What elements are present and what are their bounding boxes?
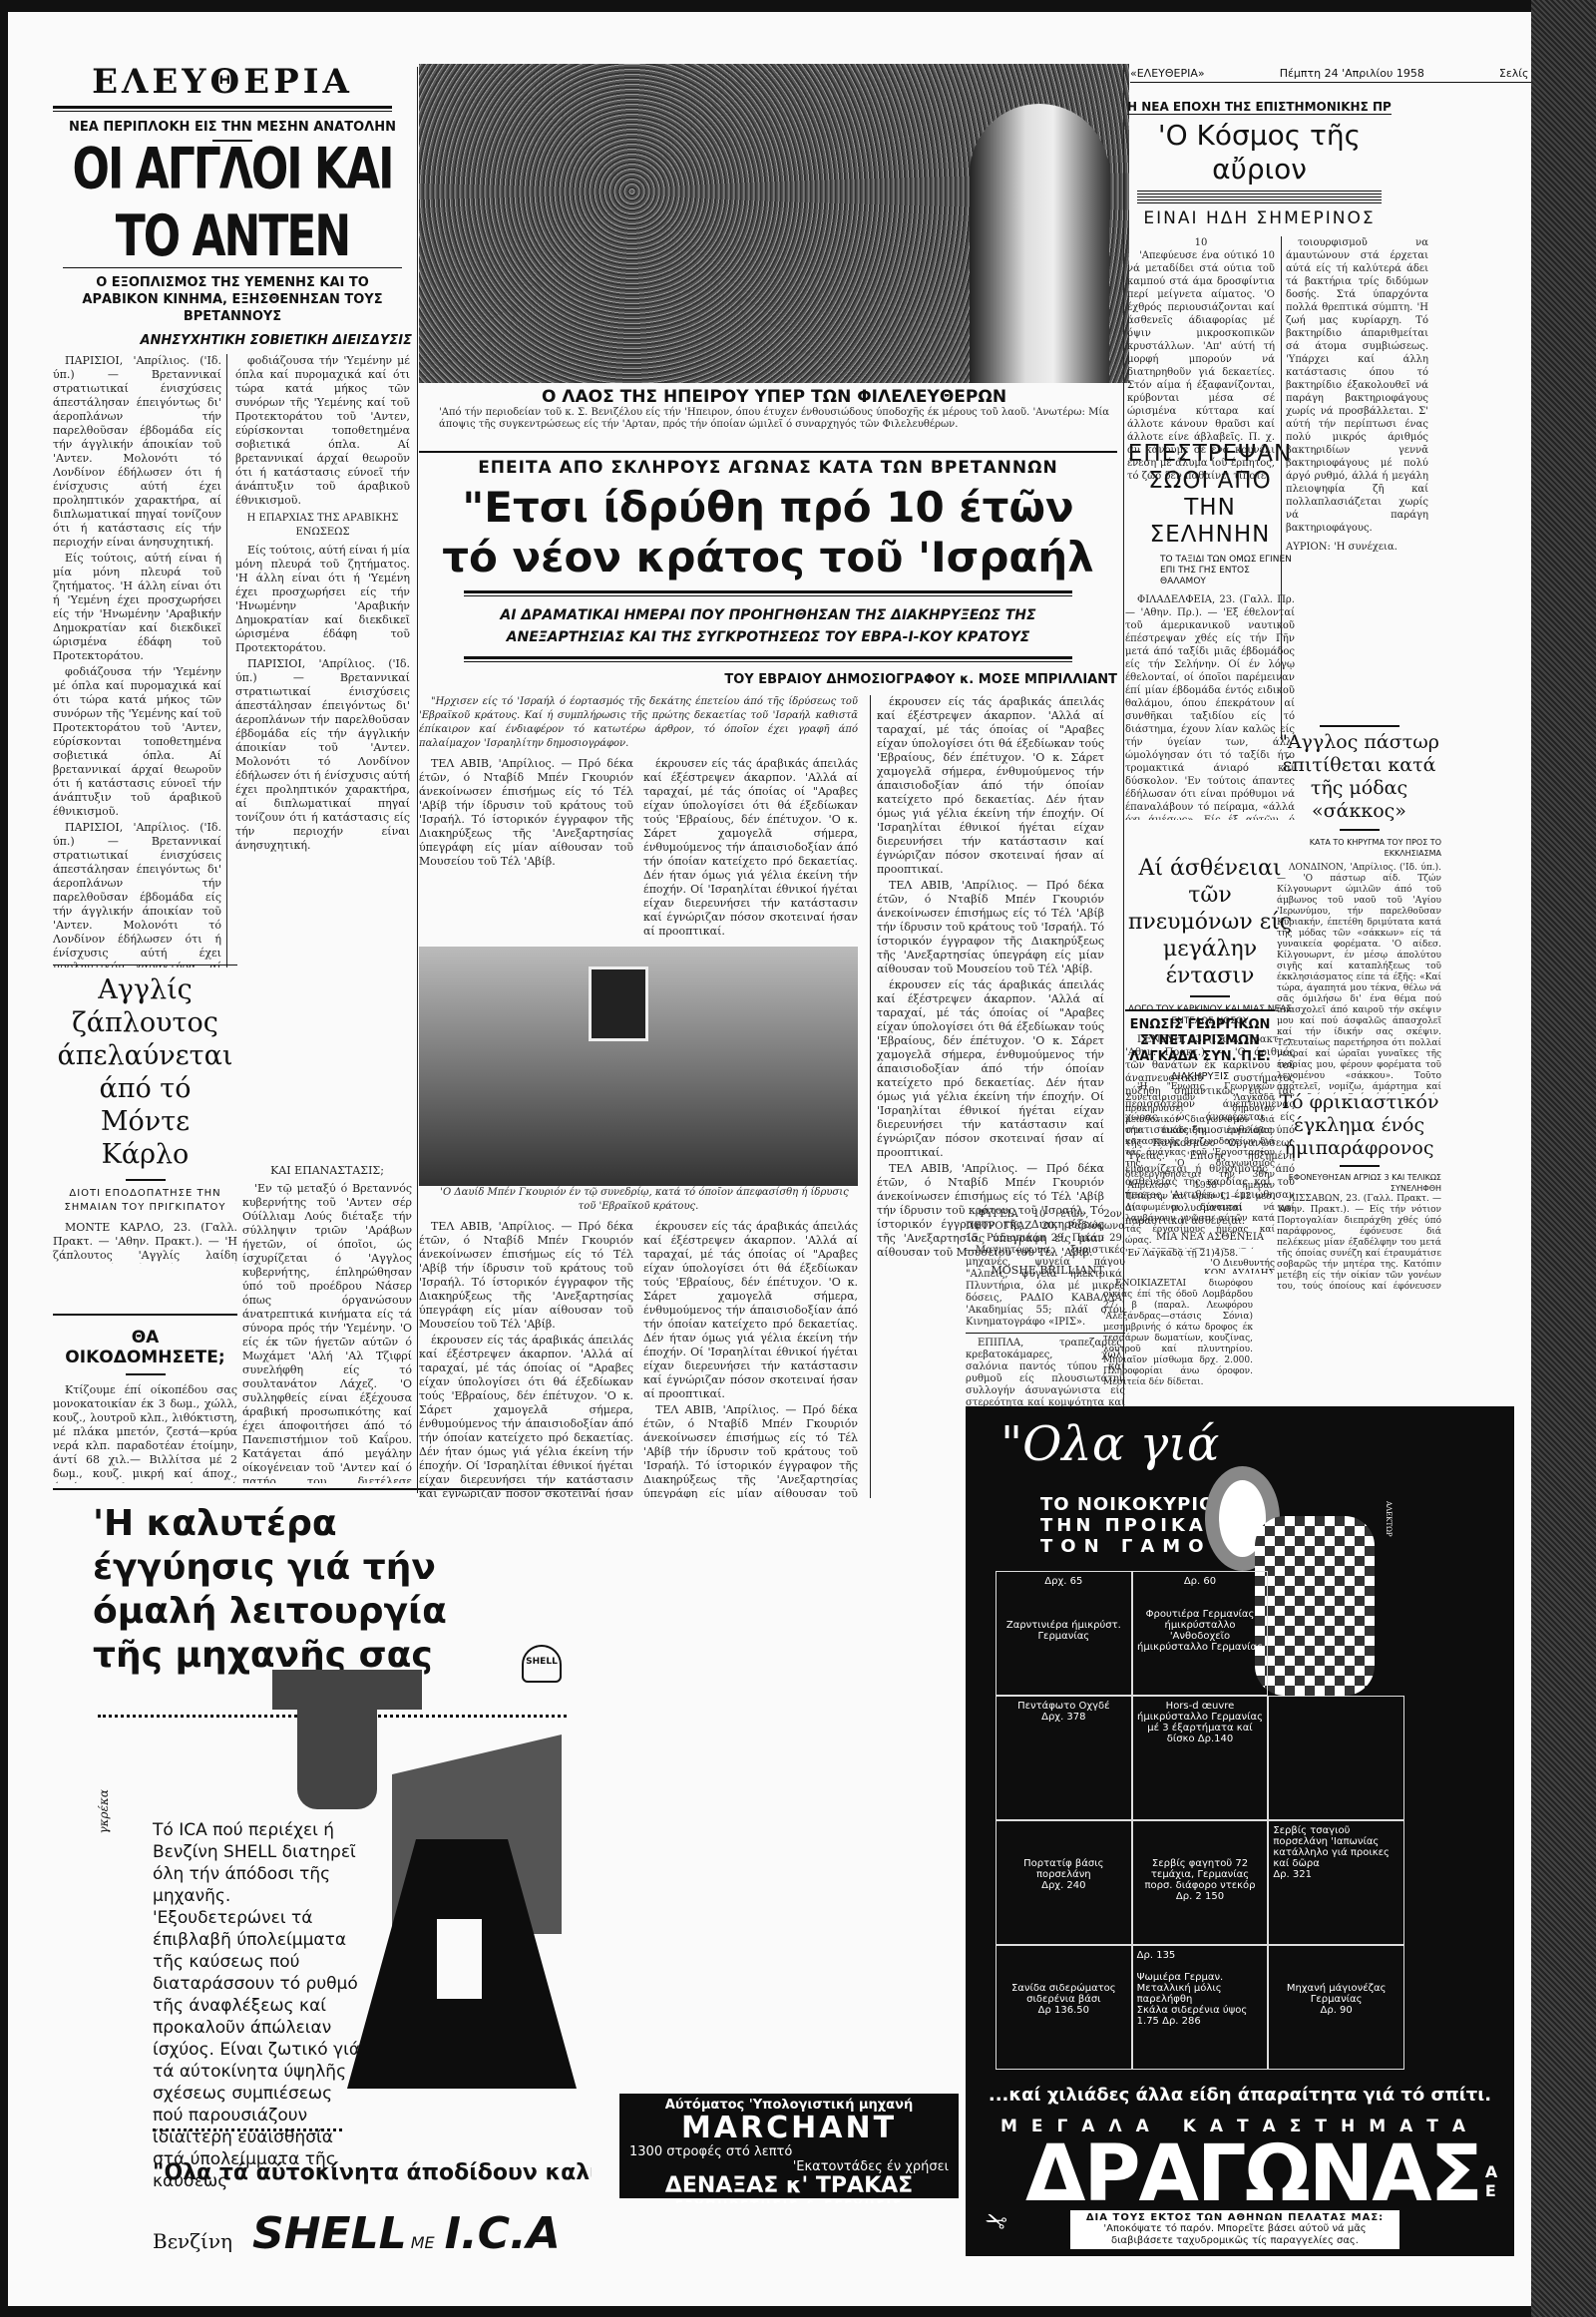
product-cell-empty (1268, 1571, 1404, 1696)
shell-big-i-stem (297, 1700, 377, 1809)
israel-photo-caption: 'Ο Δαυίδ Μπέν Γκουριόν έν τῷ συνεδρίῳ, κ… (419, 1186, 858, 1214)
dragonas-ad: "Ολα γιά ΤΟ ΝΟΙΚΟΚΥΡΙΟ ΤΗΝ ΠΡΟΙΚΑ ΤΟΝ ΓΑ… (966, 1406, 1514, 2256)
marchant-line-2: 1300 στροφές στό λεπτό (629, 2144, 949, 2159)
product-price: Δρ.140 (1198, 1734, 1233, 1744)
product-price: Δρ. 2 150 (1176, 1891, 1224, 1902)
scissors-icon: ✂ (982, 2201, 1012, 2237)
marchant-brand: MARCHANT (629, 2113, 949, 2144)
israel-body-5: ΤΕΛ ΑΒΙΒ, 'Απρίλιος. — Πρό δέκα έτῶν, ό … (877, 879, 1104, 976)
marchant-ad: Αύτόματος 'Υπολογιστική μηχανή MARCHANT … (592, 2094, 961, 2203)
product-name: Ζαρντινιέρα ήμικρύστ. Γερμανίας (1006, 1620, 1121, 1642)
product-cell: Δρ. 60Φρουτιέρα Γερμανίας ήμικρύσταλλο'Α… (1132, 1571, 1269, 1696)
crime-headline: Τό φρικιαστικόν έγκλημα ένός ήμιπαράφρον… (1277, 1091, 1441, 1160)
lungs-headline: Αί άσθένειαι τῶν πνευμόνων είς μεγάλην έ… (1125, 855, 1295, 989)
product-cell: Σανίδα σιδερώματος σιδερένια βάσιΔρ 136.… (996, 1945, 1132, 2070)
classifieds: ΨΥΓΕΙΑ 10 έτῶν, 2ον, ΠΕΤΡΟΓΚΑΖ 20, Ραδιό… (966, 1209, 1125, 1408)
dragonas-suffix-e: Ε (1485, 2181, 1497, 2200)
israel-headline-2: τό νέον κράτος τοῦ 'Ισραήλ (419, 533, 1117, 582)
shell-brand: SHELL (252, 2208, 407, 2259)
shell-headline: 'Η καλυτέρα έγγύησις γιά τήν όμαλή λειτο… (93, 1502, 512, 1678)
product-name: Φρουτιέρα Γερμανίας ήμικρύσταλλο (1146, 1609, 1255, 1631)
science-wavy-rule (1137, 191, 1382, 204)
crime-article: Τό φρικιαστικόν έγκλημα ένός ήμιπαράφρον… (1277, 1091, 1441, 1291)
dragonas-coupon[interactable]: ΔΙΑ ΤΟΥΣ ΕΚΤΟΣ ΤΩΝ ΑΘΗΝΩΝ ΠΕΛΑΤΑΣ ΜΑΣ: '… (1070, 2210, 1399, 2249)
science-head: Η ΝΕΑ ΕΠΟΧΗ ΤΗΣ ΕΠΙΣΤΗΜΟΝΙΚΗΣ ΠΡΟΟΔΟΥ 'Ο… (1127, 100, 1392, 229)
masthead: ΕΛΕΥΘΕΡΙΑ (53, 62, 392, 112)
aden-deck: ΑΝΗΣΥΧΗΤΙΚΗ ΣΟΒΙΕΤΙΚΗ ΔΙΕΙΣΔΥΣΙΣ (53, 333, 412, 348)
crime-body: ΛΙΣΣΑΒΩΝ, 23. (Γαλλ. Πρακτ. — 'Αθην. Πρα… (1277, 1194, 1441, 1291)
cooperative-body: 'Η "Ενωσις Γεωργικῶν Συνεταιρισμῶν Λαγκα… (1125, 1082, 1275, 1247)
shell-tagline-benzine: Βενζίνη (153, 2229, 232, 2253)
masthead-title: ΕΛΕΥΘΕΡΙΑ (53, 62, 392, 102)
science-headline: 'Ο Κόσμος τῆς αὔριον (1127, 119, 1392, 187)
dragonas-line-3: ΤΟΝ ΓΑΜΟ (1040, 1536, 1215, 1557)
israel-body-3: έκρουσεν είς τάς άραβικάς άπειλάς καί έξ… (643, 1220, 858, 1401)
shell-dotted-rule-bottom (153, 2128, 342, 2131)
israel-byline: ΤΟΥ ΕΒΡΑΙΟΥ ΔΗΜΟΣΙΟΓΡΑΦΟΥ κ. ΜΟΣΕ ΜΠΡΙΛΛ… (419, 672, 1117, 687)
product-price: Δρ. 90 (1321, 2005, 1353, 2016)
product-name: Σανίδα σιδερώματος σιδερένια βάσι (1011, 1983, 1116, 2005)
classified-item: ΕΠΙΠΛΑ, τραπεζαρίες, κρεβατοκάμαρες, χώλ… (966, 1338, 1125, 1408)
science-body-1: 'Απεφύευσε ένα ούτικό 10 νά μεταδίδει στ… (1127, 249, 1275, 483)
israel-body-2: ΤΕΛ ΑΒΙΒ, 'Απρίλιος. — Πρό δέκα έτῶν, ό … (419, 1220, 633, 1332)
product-name: Σερβίς τσαγιοῦ πορσελάνη 'Ιαπωνίας κατάλ… (1273, 1825, 1390, 1869)
shell-ad: 'Η καλυτέρα έγγύησις γιά τήν όμαλή λειτο… (53, 1488, 592, 2296)
monte-carlo-article: Αγγλίς ζάπλουτος άπελαύνεται άπό τό Μόντ… (53, 965, 237, 1264)
shell-logo-text: SHELL (526, 1657, 558, 1667)
dragonas-line-1: ΤΟ ΝΟΙΚΟΚΥΡΙΟ (1040, 1494, 1215, 1515)
product-name: Μηχανή μάγιονέζας Γερμανίας (1287, 1983, 1387, 2005)
aden-body-1c: φοδιάζουσα τήν 'Υεμένην μέ όπλα καί πυρο… (53, 665, 221, 819)
marchant-service: ΕΞΥΠΗΡΕΤΗΣΙΣ & ΕΓΓΥΗΣΙΣ (629, 2198, 949, 2203)
cooperative-subhead: ΔΙΑΚΗΡΥΞΙΣ (1125, 1071, 1275, 1082)
cooperative-headline: ΕΝΩΣΙΣ ΓΕΩΡΓΙΚΩΝ ΣΥΝΕΤΑΙΡΙΣΜΩΝ ΛΑΓΚΑΔΑ Σ… (1125, 1017, 1275, 1065)
crowd-photo (419, 64, 1129, 383)
build-classified: ΘΑ ΟΙΚΟΔΟΜΗΣΕΤΕ; Κτίζουμε έπί οίκοπέδου … (53, 1314, 237, 1483)
aden-body-1b: Είς τούτοις, αύτή είναι ή μία μόνη πλευρ… (53, 552, 221, 663)
cooperative-place-date: 'Εν Λαγκαδᾷ τῇ 21)4)58. (1125, 1249, 1275, 1259)
aden-kicker: ΝΕΑ ΠΕΡΙΠΛΟΚΗ ΕΙΣ ΤΗΝ ΜΕΣΗΝ ΑΝΑΤΟΛΗΝ (53, 120, 412, 135)
epirus-headline: Ο ΛΑΟΣ ΤΗΣ ΗΠΕΙΡΟΥ ΥΠΕΡ ΤΩΝ ΦΙΛΕΛΕΥΘΕΡΩΝ (419, 387, 1129, 407)
science-subhead: ΕΙΝΑΙ ΗΔΗ ΣΗΜΕΡΙΝΟΣ (1127, 208, 1392, 228)
epirus-photo-block: Ο ΛΑΟΣ ΤΗΣ ΗΠΕΙΡΟΥ ΥΠΕΡ ΤΩΝ ΦΙΛΕΛΕΥΘΕΡΩΝ… (419, 64, 1129, 438)
product-cell: Hors-d œuvre ήμικρύσταλλο Γερμανίας μέ 3… (1132, 1696, 1269, 1820)
shell-side-credit: γκρέκα (97, 1789, 111, 1834)
product-price: Δρ. 60 (1184, 1576, 1216, 1587)
israel-body-6: έκρουσεν είς τάς άραβικάς άπειλάς καί έξ… (877, 978, 1104, 1160)
pastor-headline: "Αγγλος πάστωρ έπιτίθεται κατά τῆς μόδας… (1277, 731, 1441, 823)
epirus-caption: 'Από τήν περιοδείαν τοῦ κ. Σ. Βενιζέλου … (419, 407, 1129, 431)
product-cell: Μηχανή μάγιονέζας ΓερμανίαςΔρ. 90 (1268, 1945, 1404, 2070)
product-cell: Σερβίς τσαγιοῦ πορσελάνη 'Ιαπωνίας κατάλ… (1268, 1820, 1404, 1945)
classified-item: ΕΝΟΙΚΙΑΖΕΤΑΙ διωρόφου οίκίας έπί τῆς όδο… (1103, 1279, 1253, 1388)
dragonas-more: ...καί χιλιάδες άλλα είδη άπαραίτητα γιά… (966, 2085, 1514, 2106)
coupon-title: ΔΙΑ ΤΟΥΣ ΕΚΤΟΣ ΤΩΝ ΑΘΗΝΩΝ ΠΕΛΑΤΑΣ ΜΑΣ: (1076, 2212, 1394, 2223)
product-grid: Δρχ. 65Ζαρντινιέρα ήμικρύστ. Γερμανίας Δ… (996, 1571, 1404, 2070)
speaker-silhouette (970, 104, 1109, 383)
aden-headline: ΟΙ ΑΓΓΛΟΙ ΚΑΙ ΤΟ ΑΝΤΕΝ (53, 136, 412, 270)
folio-date: Πέμπτη 24 'Απριλίου 1958 (1280, 67, 1424, 80)
pastor-body: ΛΟΝΔΙΝΟΝ, 'Απρίλιος. ('Ιδ. ύπ.). — 'Ο πά… (1277, 863, 1441, 1094)
aden-body-2: φοδιάζουσα τήν 'Υεμένην μέ όπλα καί πυρο… (235, 354, 410, 508)
rent-classified: ΕΝΟΙΚΙΑΖΕΤΑΙ διωρόφου οίκίας έπί τῆς όδο… (1103, 1279, 1253, 1398)
marchant-dealer: ΔΕΝΑΞΑΣ κ' ΤΡΑΚΑΣ (629, 2174, 949, 2198)
monte-carlo-subhead: ΔΙΟΤΙ ΕΠΟΔΟΠΑΤΗΣΕ ΤΗΝ ΣΗΜΑΙΑΝ ΤΟΥ ΠΡΙΓΚΙ… (53, 1187, 237, 1215)
product-price: Δρ. 135 (1137, 1950, 1176, 1961)
cooperative-signer-title: 'Ο Διευθυντής (1125, 1259, 1275, 1269)
cooperative-signer-name: ΚΩΝ. ΑΥΛΙΔΗΣ (1125, 1269, 1275, 1274)
science-body-2: τοιουρφισμοῦ να άμαυτώνουν στά έρχεται α… (1286, 236, 1428, 535)
monte-carlo-body: ΜΟΝΤΕ ΚΑΡΛΟ, 23. (Γαλλ. Πρακτ. — 'Αθην. … (53, 1221, 237, 1264)
aden-subhead: Ο ΕΞΟΠΛΙΣΜΟΣ ΤΗΣ ΥΕΜΕΝΗΣ ΚΑΙ ΤΟ ΑΡΑΒΙΚΟΝ… (53, 274, 412, 325)
aden-article: ΝΕΑ ΠΕΡΙΠΛΟΚΗ ΕΙΣ ΤΗΝ ΜΕΣΗΝ ΑΝΑΤΟΛΗΝ ΟΙ … (53, 120, 412, 967)
science-kicker: Η ΝΕΑ ΕΠΟΧΗ ΤΗΣ ΕΠΙΣΤΗΜΟΝΙΚΗΣ ΠΡΟΟΔΟΥ (1127, 100, 1392, 114)
aden-body-1d: ΠΑΡΙΣΙΟΙ, 'Απρίλιος. ('Ιδ. ύπ.) — Βρεταν… (53, 821, 221, 967)
israel-body-2b: έκρουσεν είς τάς άραβικάς άπειλάς καί έξ… (419, 1334, 633, 1498)
israel-subhead: ΑΙ ΔΡΑΜΑΤΙΚΑΙ ΗΜΕΡΑΙ ΠΟΥ ΠΡΟΗΓΗΘΗΣΑΝ ΤΗΣ… (489, 604, 1047, 648)
israel-body-1: ΤΕΛ ΑΒΙΒ, 'Απρίλιος. — Πρό δέκα έτῶν, ό … (419, 757, 633, 869)
product-cell: Πεντάφωτο ΟχγδέΔρχ. 378 (996, 1696, 1132, 1820)
aden-body-4: 'Εν τῷ μεταξύ ό Βρεταννός κυβερνήτης τοῦ… (242, 1182, 412, 1483)
build-headline: ΘΑ ΟΙΚΟΔΟΜΗΣΕΤΕ; (53, 1328, 237, 1367)
israel-body-1b: έκρουσεν είς τάς άραβικάς άπειλάς καί έξ… (643, 757, 858, 939)
crime-subhead: ΕΦΟΝΕΥΘΗΣΑΝ ΑΓΡΙΩΣ 3 ΚΑΙ ΤΕΛΙΚΩΣ ΣΥΝΕΛΗΦ… (1277, 1172, 1441, 1194)
product-name: Πεντάφωτο Οχγδέ (1017, 1701, 1110, 1712)
dragonas-brand: ΔΡΑΓΩΝΑΣ (1025, 2134, 1481, 2214)
pastor-article: "Αγγλος πάστωρ έπιτίθεται κατά τῆς μόδας… (1277, 725, 1441, 1094)
science-part-number: 10 (1127, 236, 1275, 249)
product-cell: Σερβίς φαγητοῦ 72 τεμάχια, Γερμανίας πορ… (1132, 1820, 1269, 1945)
product-price: Δρχ. 378 (1041, 1712, 1085, 1723)
scan-edge (1531, 0, 1596, 2317)
israel-headline-1: "Ετσι ίδρύθη πρό 10 έτῶν (419, 483, 1117, 533)
dragonas-suffix-a: Α (1485, 2162, 1497, 2181)
israel-body-3b: ΤΕΛ ΑΒΙΒ, 'Απρίλιος. — Πρό δέκα έτῶν, ό … (643, 1403, 858, 1498)
product-price: Δρ. 286 (1162, 2016, 1201, 2027)
aden-body-1: ΠΑΡΙΣΙΟΙ, 'Απρίλιος. ('Ιδ. ύπ.) — Βρεταν… (53, 354, 221, 550)
aden-section-head: Η ΕΠΑΡΧΙΑΣ ΤΗΣ ΑΡΑΒΙΚΗΣ ΕΝΩΣΕΩΣ (235, 512, 410, 540)
aden-continued: ΚΑΙ ΕΠΑΝΑΣΤΑΣΙΣ; 'Εν τῷ μεταξύ ό Βρετανν… (242, 965, 412, 1483)
israel-kicker: ΕΠΕΙΤΑ ΑΠΟ ΣΚΛΗΡΟΥΣ ΑΓΩΝΑΣ ΚΑΤΑ ΤΩΝ ΒΡΕΤ… (419, 458, 1117, 478)
product-name: Σερβίς φαγητοῦ 72 τεμάχια, Γερμανίας πορ… (1144, 1858, 1255, 1891)
ben-gurion-photo (419, 947, 858, 1186)
folio-paper-name: «ΕΛΕΥΘΕΡΙΑ» (1130, 67, 1205, 80)
product-name: Ψωμιέρα Γερμαν. Μεταλλική μόλις παρελήφθ… (1137, 1972, 1224, 2005)
newspaper-page: ΕΛΕΥΘΕΡΙΑ ΝΕΑ ΠΕΡΙΠΛΟΚΗ ΕΙΣ ΤΗΝ ΜΕΣΗΝ ΑΝ… (8, 12, 1569, 2306)
product-name: 'Ανθοδοχεῖο ήμικρύσταλλο Γερμανίας (1137, 1631, 1263, 1653)
science-body: 10 'Απεφύευσε ένα ούτικό 10 νά μεταδίδει… (1127, 236, 1536, 735)
build-body: Κτίζουμε έπί οίκοπέδου σας μονοκατοικίαν… (53, 1383, 237, 1483)
product-price: Δρχ. 240 (1041, 1880, 1085, 1891)
shell-brand-ica: I.C.A (445, 2208, 561, 2259)
product-cell: Πορτατίφ βάσις πορσελάνηΔρχ. 240 (996, 1820, 1132, 1945)
dragonas-artist: ΑΛΕΚΤΩΡ (1385, 1501, 1393, 1537)
coupon-body: 'Αποκόψατε τό παρόν. Μπορεῖτε βάσει αύτο… (1076, 2223, 1394, 2247)
israel-intro: "Ηρχισεν είς τό 'Ισραήλ ό έορτασμός τῆς … (419, 695, 858, 751)
product-cell: Δρ. 135Ψωμιέρα Γερμαν. Μεταλλική μόλις π… (1132, 1945, 1269, 2070)
product-price: Δρχ. 65 (1044, 1576, 1082, 1587)
product-price: Δρ 136.50 (1038, 2005, 1089, 2016)
shell-logo: SHELL (522, 1645, 562, 1683)
marchant-line-3: 'Εκατοντάδες έν χρήσει (629, 2159, 949, 2174)
shell-tagline: "Ολα τά αύτοκίνητα άποδίδουν καλύτερα μέ (153, 2160, 592, 2185)
shell-big-a-counter (437, 1919, 482, 1999)
product-name: Πορτατίφ βάσις πορσελάνη (1023, 1858, 1103, 1880)
aden-body-3b: ΠΑΡΙΣΙΟΙ, 'Απρίλιος. ('Ιδ. ύπ.) — Βρεταν… (235, 657, 410, 853)
classified-item: ΨΥΓΕΙΑ 10 έτῶν, 2ον, ΠΕΤΡΟΓΚΑΖ 20, Ραδιό… (966, 1209, 1125, 1329)
pastor-subhead: ΚΑΤΑ ΤΟ ΚΗΡΥΓΜΑ ΤΟΥ ΠΡΟΣ ΤΟ ΕΚΚΛΗΣΙΑΣΜΑ (1277, 837, 1441, 859)
dragonas-script: "Ολα γιά (1000, 1416, 1219, 1472)
product-price: Δρ. 321 (1273, 1869, 1312, 1880)
product-cell (1268, 1696, 1404, 1820)
product-cell: Δρχ. 65Ζαρντινιέρα ήμικρύστ. Γερμανίας (996, 1571, 1132, 1696)
dragonas-line-2: ΤΗΝ ΠΡΟΙΚΑ (1040, 1515, 1215, 1536)
shell-brand-me: ΜΕ (411, 2233, 435, 2252)
science-continued: ΑΥΡΙΟΝ: 'Η συνέχεια. (1286, 541, 1428, 554)
shell-body: Τό ICA πού περιέχει ή Βενζίνη SHELL διατ… (153, 1819, 362, 2192)
aden-section-head-2: ΚΑΙ ΕΠΑΝΑΣΤΑΣΙΣ; (242, 1164, 412, 1178)
portrait-on-wall (589, 966, 648, 1041)
israel-body-4: έκρουσεν είς τάς άραβικάς άπειλάς καί έξ… (877, 695, 1104, 877)
aden-body-3: Είς τούτοις, αύτή είναι ή μία μόνη πλευρ… (235, 544, 410, 655)
column-rule (417, 67, 418, 1493)
monte-carlo-headline: Αγγλίς ζάπλουτος άπελαύνεται άπό τό Μόντ… (53, 973, 237, 1171)
cooperative-notice: ΕΝΩΣΙΣ ΓΕΩΡΓΙΚΩΝ ΣΥΝΕΤΑΙΡΙΣΜΩΝ ΛΑΓΚΑΔΑ Σ… (1125, 1009, 1275, 1274)
